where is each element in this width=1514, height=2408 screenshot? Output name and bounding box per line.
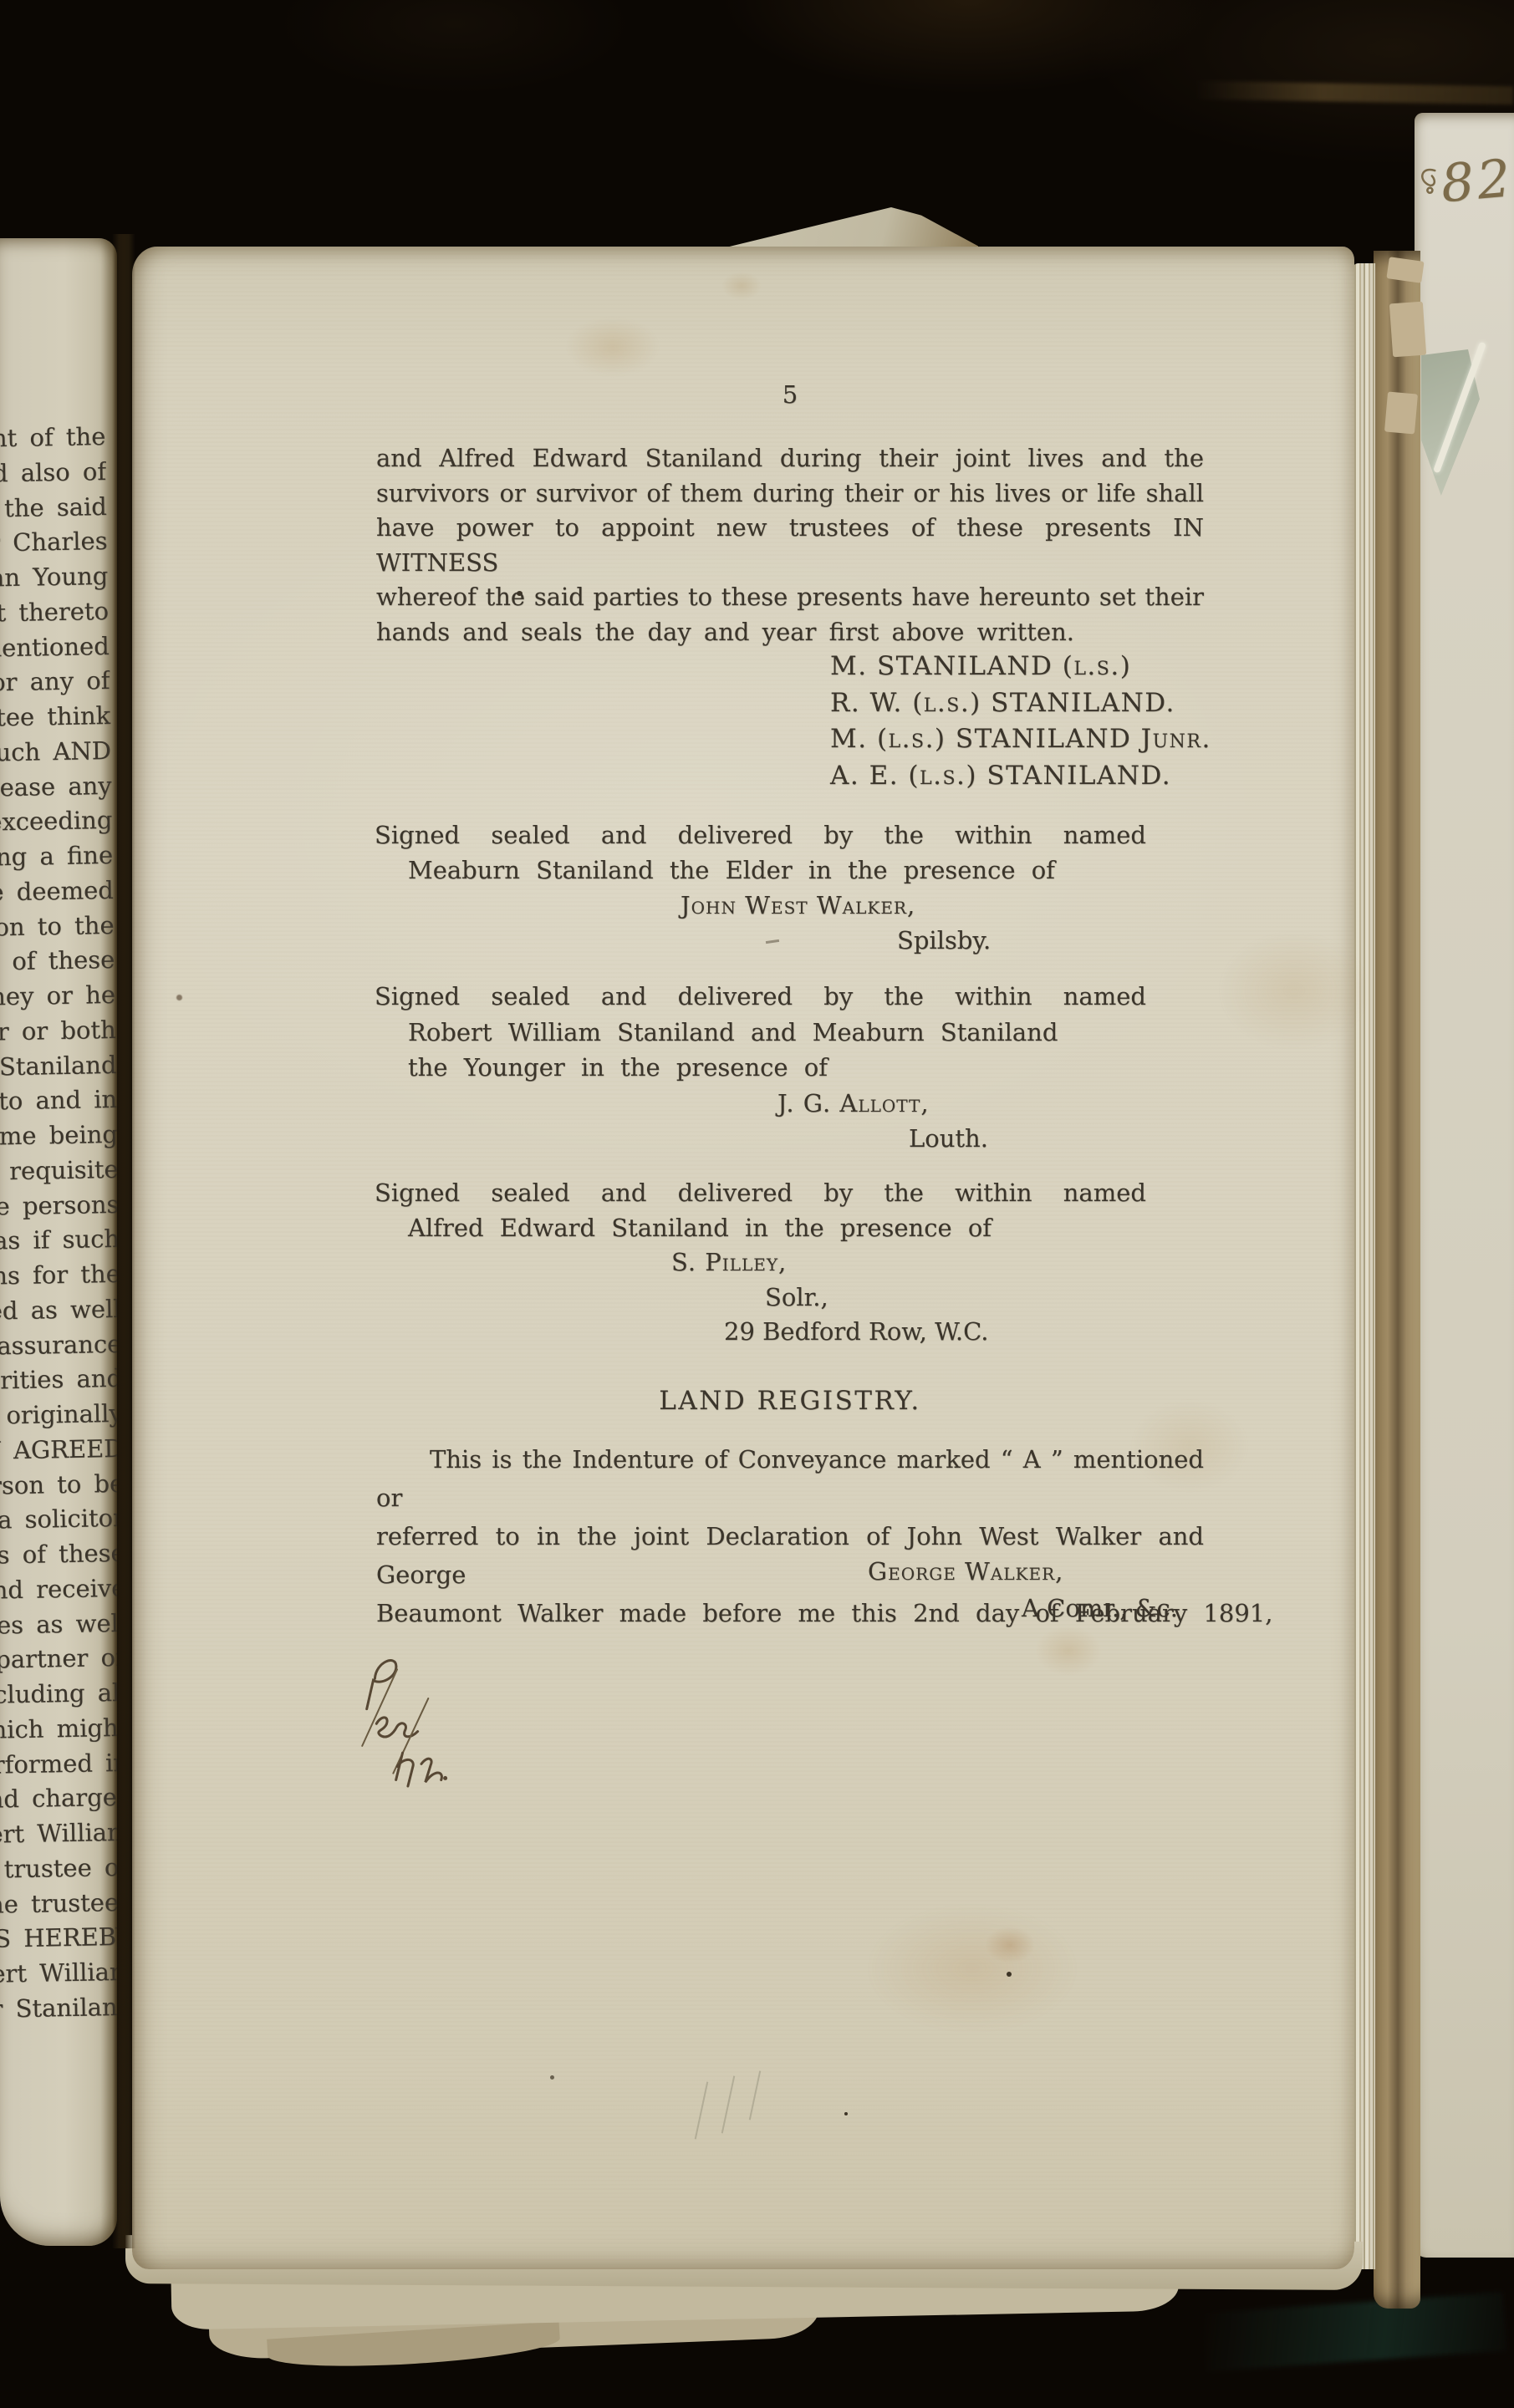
prev-page-text-fragment: be deemed: [0, 873, 114, 914]
prev-page-text-fragment: ent of the: [0, 420, 106, 460]
prev-page-text-fragment: bert William: [0, 1955, 117, 1995]
commissioner-title: A Comr., &c.: [1022, 1594, 1178, 1622]
page-edge-ridges: [1352, 263, 1375, 2269]
prev-page-text-fragment: e time being: [0, 1117, 117, 1158]
prev-page-text-fragment: usts of these: [0, 1536, 117, 1576]
page-scratch: [721, 2076, 736, 2134]
prev-page-text-fragment: performed in: [0, 1745, 117, 1785]
previous-page-text-column: ent of theand also ofns the saidger Char…: [0, 420, 117, 2030]
witness-detail: 29 Bedford Row, W.C.: [724, 1315, 1146, 1350]
attestation-line: Signed sealed and delivered by the withi…: [375, 979, 1146, 1015]
book-photo-scene: ent of theand also ofns the saidger Char…: [0, 0, 1514, 2408]
page-scratch: [749, 2070, 761, 2120]
prev-page-text-fragment: ng requisite: [0, 1153, 117, 1193]
prev-page-text-fragment: including all: [0, 1676, 117, 1716]
prev-page-text-fragment: which might: [0, 1711, 117, 1751]
ink-speck: [844, 2112, 848, 2115]
prev-page-text-fragment: bert William: [0, 1815, 117, 1856]
prev-page-text-fragment: they or he: [0, 978, 115, 1018]
prev-page-text-fragment: IS HEREBY: [0, 1920, 117, 1960]
commissioner-name: George Walker,: [868, 1557, 1063, 1586]
ink-speck: [1007, 1972, 1012, 1977]
witness-detail: Spilsby.: [897, 923, 1146, 958]
body-paragraph: and Alfred Edward Staniland during their…: [376, 441, 1204, 649]
attestation-block: Signed sealed and delivered by the withi…: [375, 1176, 1146, 1350]
prev-page-text-fragment: nted as well: [0, 1292, 117, 1332]
attestation-line: Alfred Edward Staniland in the presence …: [408, 1211, 1146, 1246]
prev-page-text-fragment: Ann Young: [0, 559, 109, 599]
attestation-line: Meaburn Staniland the Elder in the prese…: [408, 853, 1146, 888]
page-stain: [1035, 1626, 1102, 1676]
land-registry-heading: LAND REGISTRY.: [376, 1386, 1204, 1416]
witness-name: John West Walker,: [681, 888, 1146, 923]
page-stain: [868, 1906, 1077, 2031]
prev-page-text-fragment: person to be: [0, 1466, 117, 1506]
attestation-block: Signed sealed and delivered by the withi…: [375, 817, 1146, 958]
prev-page-text-fragment: thorities and: [0, 1362, 117, 1402]
deed-signatures: M. STANILAND (l.s.)R. W. (l.s.) STANILAN…: [830, 649, 1211, 794]
paragraph-line: and Alfred Edward Staniland during their…: [376, 441, 1204, 476]
paragraph-line: survivors or survivor of them during the…: [376, 476, 1204, 512]
attestation-line: Signed sealed and delivered by the withi…: [375, 817, 1146, 853]
binding-edge: [1374, 251, 1420, 2309]
underlying-page-edge: 82: [1415, 113, 1514, 2258]
torn-flap: [1384, 392, 1418, 435]
handwritten-number-text: 82: [1439, 152, 1514, 210]
prev-page-text-fragment: en originally: [0, 1397, 117, 1437]
prev-page-text-fragment: hur Staniland: [0, 1989, 117, 2029]
attestation-line: Signed sealed and delivered by the withi…: [375, 1176, 1146, 1211]
witness-name: S. Pilley,: [671, 1245, 1146, 1280]
attestation-line: Robert William Staniland and Meaburn Sta…: [408, 1015, 1146, 1051]
prev-page-text-fragment: such AND: [0, 734, 111, 774]
prev-page-text-fragment: is partner or: [0, 1641, 117, 1681]
prev-page-text-fragment: ject thereto: [0, 594, 109, 634]
table-reflection: [1202, 2293, 1506, 2372]
prev-page-text-fragment: Y AGREED: [0, 1432, 117, 1472]
witness-name: J. G. Allott,: [777, 1086, 1146, 1122]
page-number: 5: [376, 380, 1204, 409]
page-scratch: [695, 2082, 709, 2140]
handwritten-page-number: 82: [1414, 152, 1514, 219]
prev-page-text-fragment: and charges: [0, 1780, 117, 1820]
page-stain: [721, 272, 762, 300]
signature-line: M. (l.s.) STANILAND Junr.: [830, 721, 1211, 758]
paragraph-line: whereof the said parties to these presen…: [376, 580, 1204, 615]
prev-page-text-fragment: and receive: [0, 1571, 117, 1611]
paragraph-line: referred to in the joint Declaration of …: [376, 1517, 1204, 1594]
previous-page-edge: ent of theand also ofns the saidger Char…: [0, 238, 117, 2246]
attestation-line: the Younger in the presence of: [408, 1050, 1146, 1086]
paragraph-line: This is the Indenture of Conveyance mark…: [376, 1440, 1204, 1517]
paragraph-line: hands and seals the day and year first a…: [376, 615, 1204, 650]
attestation-block: Signed sealed and delivered by the withi…: [375, 979, 1146, 1157]
prev-page-text-fragment: er or both: [0, 1013, 116, 1053]
witness-detail: Louth.: [909, 1121, 1146, 1157]
witness-detail: Solr.,: [765, 1280, 1146, 1316]
page-stack-edge-streak: [1195, 81, 1513, 105]
page-stain: [1219, 932, 1369, 1049]
document-page: 5 and Alfred Edward Staniland during the…: [132, 247, 1354, 2269]
prev-page-text-fragment: aking a fine: [0, 838, 113, 878]
signature-line: M. STANILAND (l.s.): [830, 649, 1211, 685]
signature-line: R. W. (l.s.) STANILAND.: [830, 685, 1211, 722]
book-gutter-shadow: [112, 234, 135, 2248]
paragraph-line: have power to appoint new trustees of th…: [376, 511, 1204, 580]
page-stain: [567, 318, 659, 376]
prev-page-text-fragment: n a trustee or: [0, 1850, 117, 1890]
signature-line: A. E. (l.s.) STANILAND.: [830, 758, 1211, 795]
prev-page-text-fragment: arges as well: [0, 1606, 117, 1646]
prev-page-text-fragment: ustee think: [0, 699, 111, 739]
margin-ink-dot: [176, 995, 182, 1000]
ink-speck: [550, 2075, 554, 2080]
prev-page-text-fragment: the trustees: [0, 1885, 117, 1925]
page-stain: [985, 1927, 1035, 1963]
prev-page-text-fragment: and also of: [0, 455, 106, 495]
prev-page-text-fragment: ions for the: [0, 1257, 117, 1297]
handwritten-initials: [345, 1639, 467, 1794]
prev-page-text-fragment: e a solicitor: [0, 1501, 117, 1541]
torn-flap: [1389, 302, 1426, 358]
